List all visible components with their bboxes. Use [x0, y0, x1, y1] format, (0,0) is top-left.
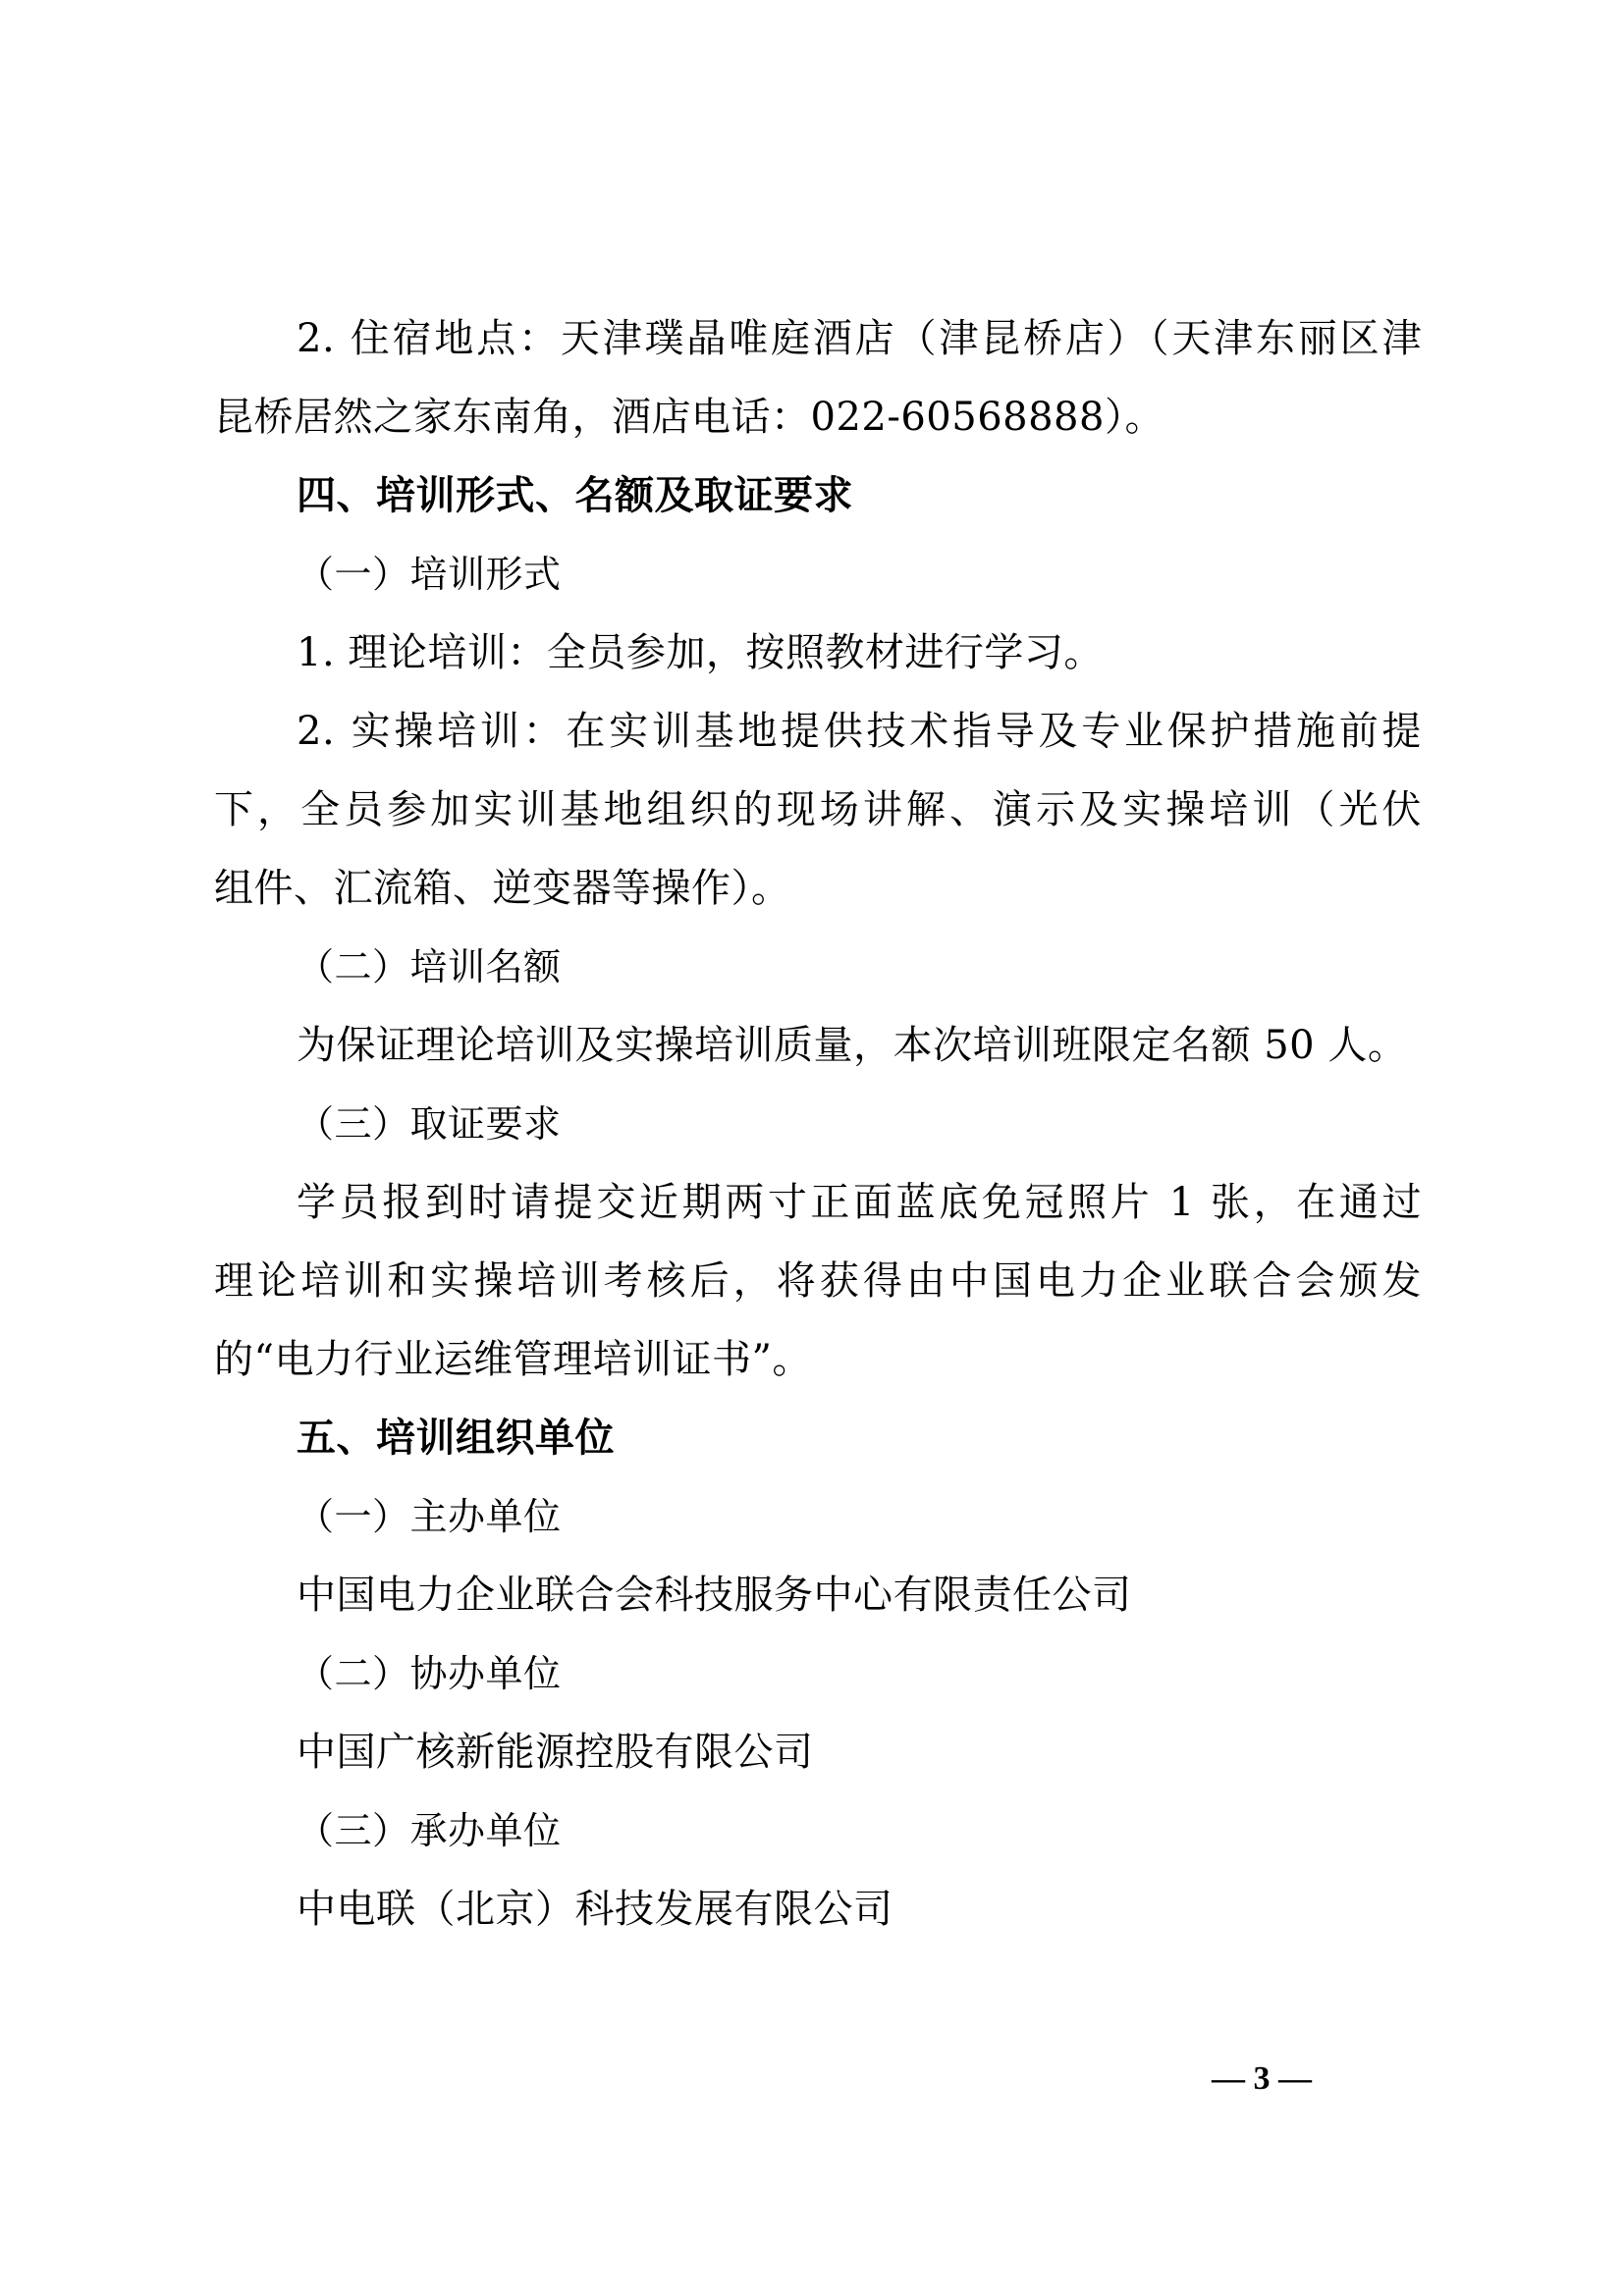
document-page: 2. 住宿地点：天津璞晶唯庭酒店（津昆桥店）（天津东丽区津 昆桥居然之家东南角，… [0, 0, 1624, 2296]
subheading-host: （一）主办单位 [297, 1477, 1422, 1556]
quota-text: 为保证理论培训及实操培训质量，本次培训班限定名额 50 人。 [297, 1006, 1422, 1085]
section-heading-training-format: 四、培训形式、名额及取证要求 [297, 456, 1422, 535]
page-number: — 3 — [1198, 2057, 1326, 2101]
accommodation-line-1: 2. 住宿地点：天津璞晶唯庭酒店（津昆桥店）（天津东丽区津 [297, 299, 1422, 378]
certificate-line-3: 的“电力行业运维管理培训证书”。 [214, 1320, 1422, 1399]
subheading-training-format: （一）培训形式 [297, 535, 1422, 614]
subheading-co-host: （二）协办单位 [297, 1634, 1422, 1713]
accommodation-line-2: 昆桥居然之家东南角，酒店电话：022-60568888）。 [214, 378, 1422, 456]
organizer-name: 中电联（北京）科技发展有限公司 [297, 1870, 1422, 1949]
theory-training-text: 1. 理论培训：全员参加，按照教材进行学习。 [297, 614, 1422, 692]
subheading-certificate-requirements: （三）取证要求 [297, 1085, 1422, 1163]
subheading-training-quota: （二）培训名额 [297, 928, 1422, 1006]
section-heading-organizers: 五、培训组织单位 [297, 1399, 1422, 1477]
certificate-line-2: 理论培训和实操培训考核后，将获得由中国电力企业联合会颁发 [214, 1242, 1422, 1320]
practical-training-line-1: 2. 实操培训：在实训基地提供技术指导及专业保护措施前提 [297, 692, 1422, 771]
practical-training-line-3: 组件、汇流箱、逆变器等操作）。 [214, 849, 1422, 928]
practical-training-line-2: 下，全员参加实训基地组织的现场讲解、演示及实操培训（光伏 [214, 771, 1422, 849]
host-name: 中国电力企业联合会科技服务中心有限责任公司 [297, 1556, 1422, 1634]
certificate-line-1: 学员报到时请提交近期两寸正面蓝底免冠照片 1 张，在通过 [297, 1163, 1422, 1242]
subheading-organizer: （三）承办单位 [297, 1791, 1422, 1870]
co-host-name: 中国广核新能源控股有限公司 [297, 1713, 1422, 1791]
